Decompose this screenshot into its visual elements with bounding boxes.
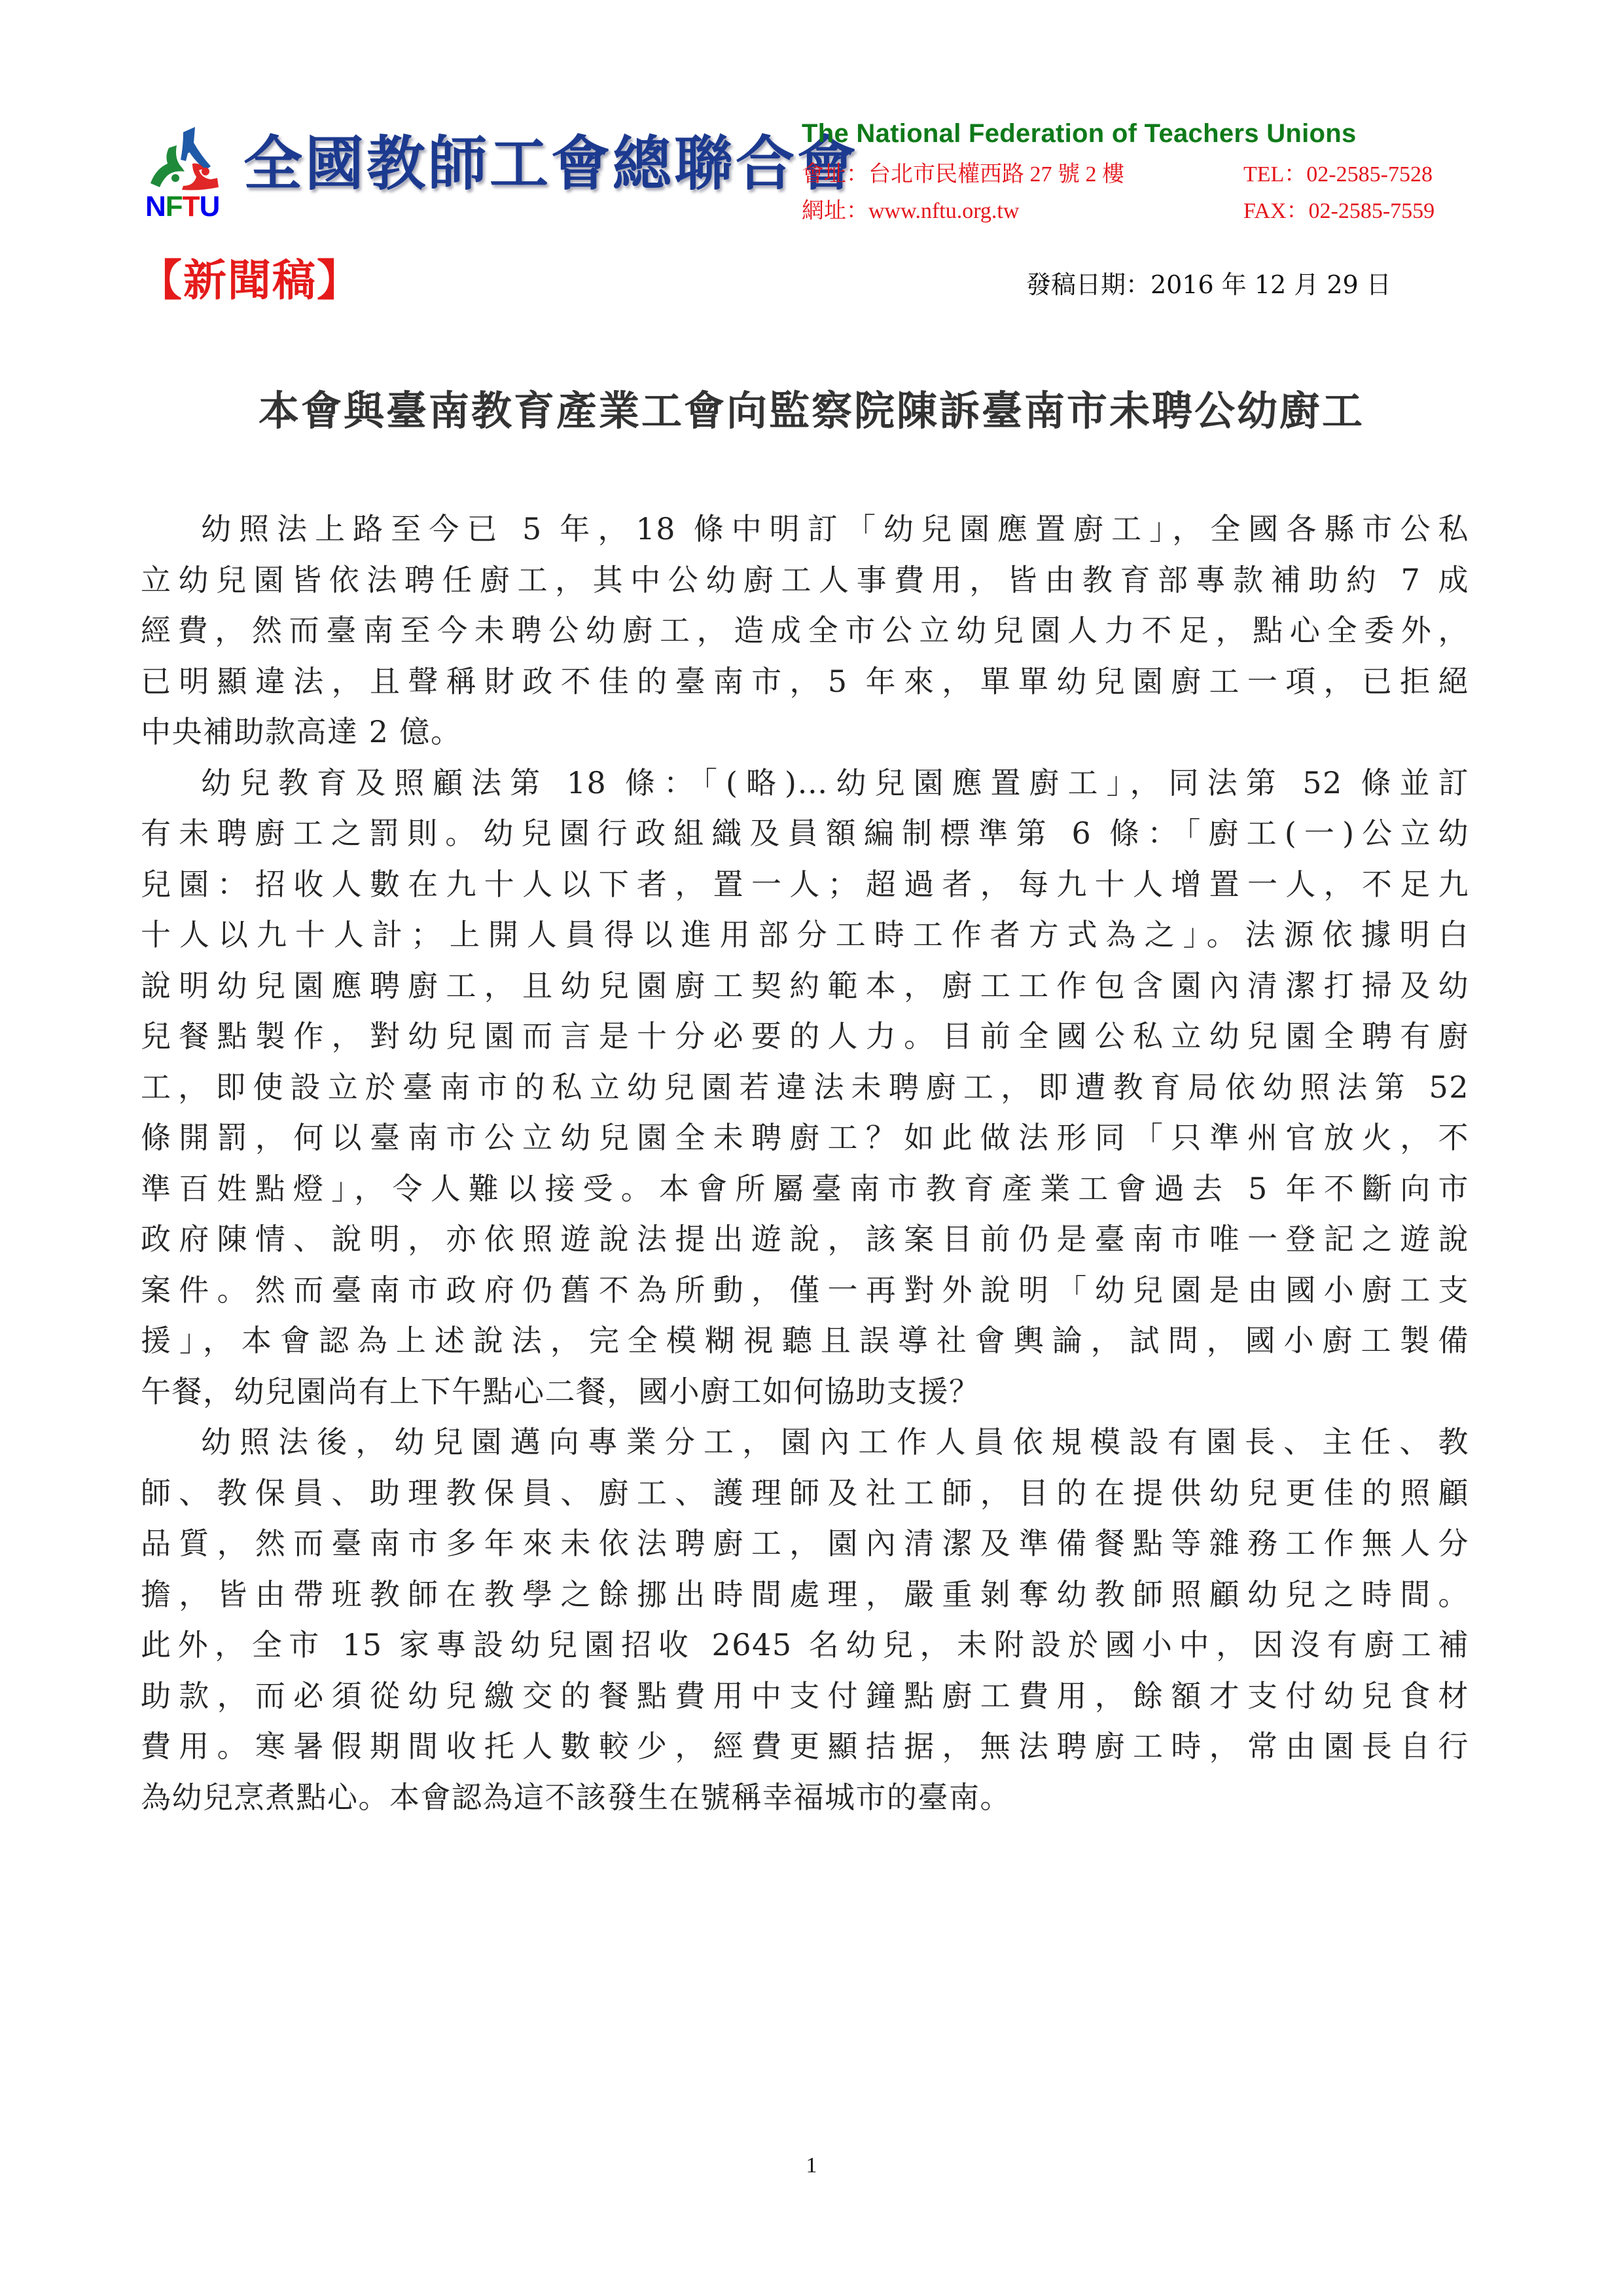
paragraph-line: 說明幼兒園應聘廚工，且幼兒園廚工契約範本，廚工工作包含園內清潔打掃及幼: [141, 961, 1469, 1012]
paragraph-line: 費用。寒暑假期間收托人數較少，經費更顯拮据，無法聘廚工時，常由園長自行: [141, 1721, 1469, 1772]
paragraph-line: 條開罰，何以臺南市公立幼兒園全未聘廚工？如此做法形同「只準州官放火，不: [141, 1113, 1469, 1164]
nftu-logo-text: NFTU: [145, 194, 237, 220]
paragraph-line: 幼照法上路至今已 5 年，18 條中明訂「幼兒園應置廚工」，全國各縣市公私: [141, 504, 1469, 555]
paragraph-line: 師、教保員、助理教保員、廚工、護理師及社工師，目的在提供幼兒更佳的照顧: [141, 1468, 1469, 1519]
paragraph-line: 援」，本會認為上述說法，完全模糊視聽且誤導社會輿論，試問，國小廚工製備: [141, 1316, 1469, 1367]
paragraph-line: 為幼兒烹煮點心。本會認為這不該發生在號稱幸福城市的臺南。: [141, 1772, 1469, 1823]
paragraph-line: 經費，然而臺南至今未聘公幼廚工，造成全市公立幼兒園人力不足，點心全委外，: [141, 605, 1469, 656]
paragraph-line: 助款，而必須從幼兒繳交的餐點費用中支付鐘點廚工費用，餘額才支付幼兒食材: [141, 1671, 1469, 1722]
paragraph-line: 立幼兒園皆依法聘任廚工，其中公幼廚工人事費用，皆由教育部專款補助約 7 成: [141, 555, 1469, 606]
paragraph-1: 幼照法上路至今已 5 年，18 條中明訂「幼兒園應置廚工」，全國各縣市公私 立幼…: [141, 504, 1469, 758]
org-name-english: The National Federation of Teachers Unio…: [802, 119, 1357, 149]
paragraph-line: 幼照法後，幼兒園邁向專業分工，園內工作人員依規模設有園長、主任、教: [141, 1417, 1469, 1468]
org-telephone: TEL：02-2585-7528: [1243, 156, 1433, 188]
org-website: 網址：www.nftu.org.tw: [802, 192, 1019, 224]
logo-letter-f: F: [166, 194, 183, 220]
paragraph-line: 政府陳情、說明，亦依照遊說法提出遊說，該案目前仍是臺南市唯一登記之遊說: [141, 1214, 1469, 1265]
org-address: 會址：台北市民權西路 27 號 2 樓: [802, 156, 1124, 188]
paragraph-line: 準百姓點燈」，令人難以接受。本會所屬臺南市教育產業工會過去 5 年不斷向市: [141, 1164, 1469, 1215]
paragraph-line: 幼兒教育及照顧法第 18 條：「(略)…幼兒園應置廚工」，同法第 52 條並訂: [141, 758, 1469, 809]
article-body: 幼照法上路至今已 5 年，18 條中明訂「幼兒園應置廚工」，全國各縣市公私 立幼…: [141, 504, 1469, 1823]
paragraph-line: 工，即使設立於臺南市的私立幼兒園若違法未聘廚工，即遭教育局依幼照法第 52: [141, 1062, 1469, 1113]
paragraph-line: 案件。然而臺南市政府仍舊不為所動，僅一再對外說明「幼兒園是由國小廚工支: [141, 1265, 1469, 1316]
document-title: 本會與臺南教育產業工會向監察院陳訴臺南市未聘公幼廚工: [0, 378, 1623, 437]
paragraph-line: 十人以九十人計；上開人員得以進用部分工時工作者方式為之」。法源依據明白: [141, 910, 1469, 961]
release-date: 發稿日期：2016 年 12 月 29 日: [1026, 264, 1391, 300]
paragraph-2: 幼兒教育及照顧法第 18 條：「(略)…幼兒園應置廚工」，同法第 52 條並訂 …: [141, 758, 1469, 1418]
logo-letter-t: T: [183, 194, 200, 220]
paragraph-line: 兒餐點製作，對幼兒園而言是十分必要的人力。目前全國公私立幼兒園全聘有廚: [141, 1011, 1469, 1062]
paragraph-3: 幼照法後，幼兒園邁向專業分工，園內工作人員依規模設有園長、主任、教 師、教保員、…: [141, 1417, 1469, 1823]
paragraph-line: 品質，然而臺南市多年來未依法聘廚工，園內清潔及準備餐點等雜務工作無人分: [141, 1518, 1469, 1570]
paragraph-line: 擔，皆由帶班教師在教學之餘挪出時間處理，嚴重剝奪幼教師照顧幼兒之時間。: [141, 1570, 1469, 1621]
press-release-tag: 【新聞稿】: [139, 245, 361, 308]
org-fax: FAX：02-2585-7559: [1243, 192, 1435, 224]
paragraph-line: 中央補助款高達 2 億。: [141, 707, 1469, 758]
logo-chinese-name: 全國教師工會總聯合會: [243, 124, 715, 203]
nftu-logo-icon: [145, 123, 237, 192]
paragraph-line: 午餐，幼兒園尚有上下午點心二餐，國小廚工如何協助支援？: [141, 1367, 1469, 1418]
paragraph-line: 有未聘廚工之罰則。幼兒園行政組織及員額編制標準第 6 條：「廚工(一)公立幼: [141, 808, 1469, 859]
page-number: 1: [0, 2153, 1623, 2178]
paragraph-line: 已明顯違法，且聲稱財政不佳的臺南市，5 年來，單單幼兒園廚工一項，已拒絕: [141, 656, 1469, 708]
paragraph-line: 此外，全市 15 家專設幼兒園招收 2645 名幼兒，未附設於國小中，因沒有廚工…: [141, 1620, 1469, 1671]
paragraph-line: 兒園：招收人數在九十人以下者，置一人；超過者，每九十人增置一人，不足九: [141, 859, 1469, 910]
logo-letter-u: U: [200, 194, 220, 220]
logo-letter-n: N: [145, 194, 166, 220]
